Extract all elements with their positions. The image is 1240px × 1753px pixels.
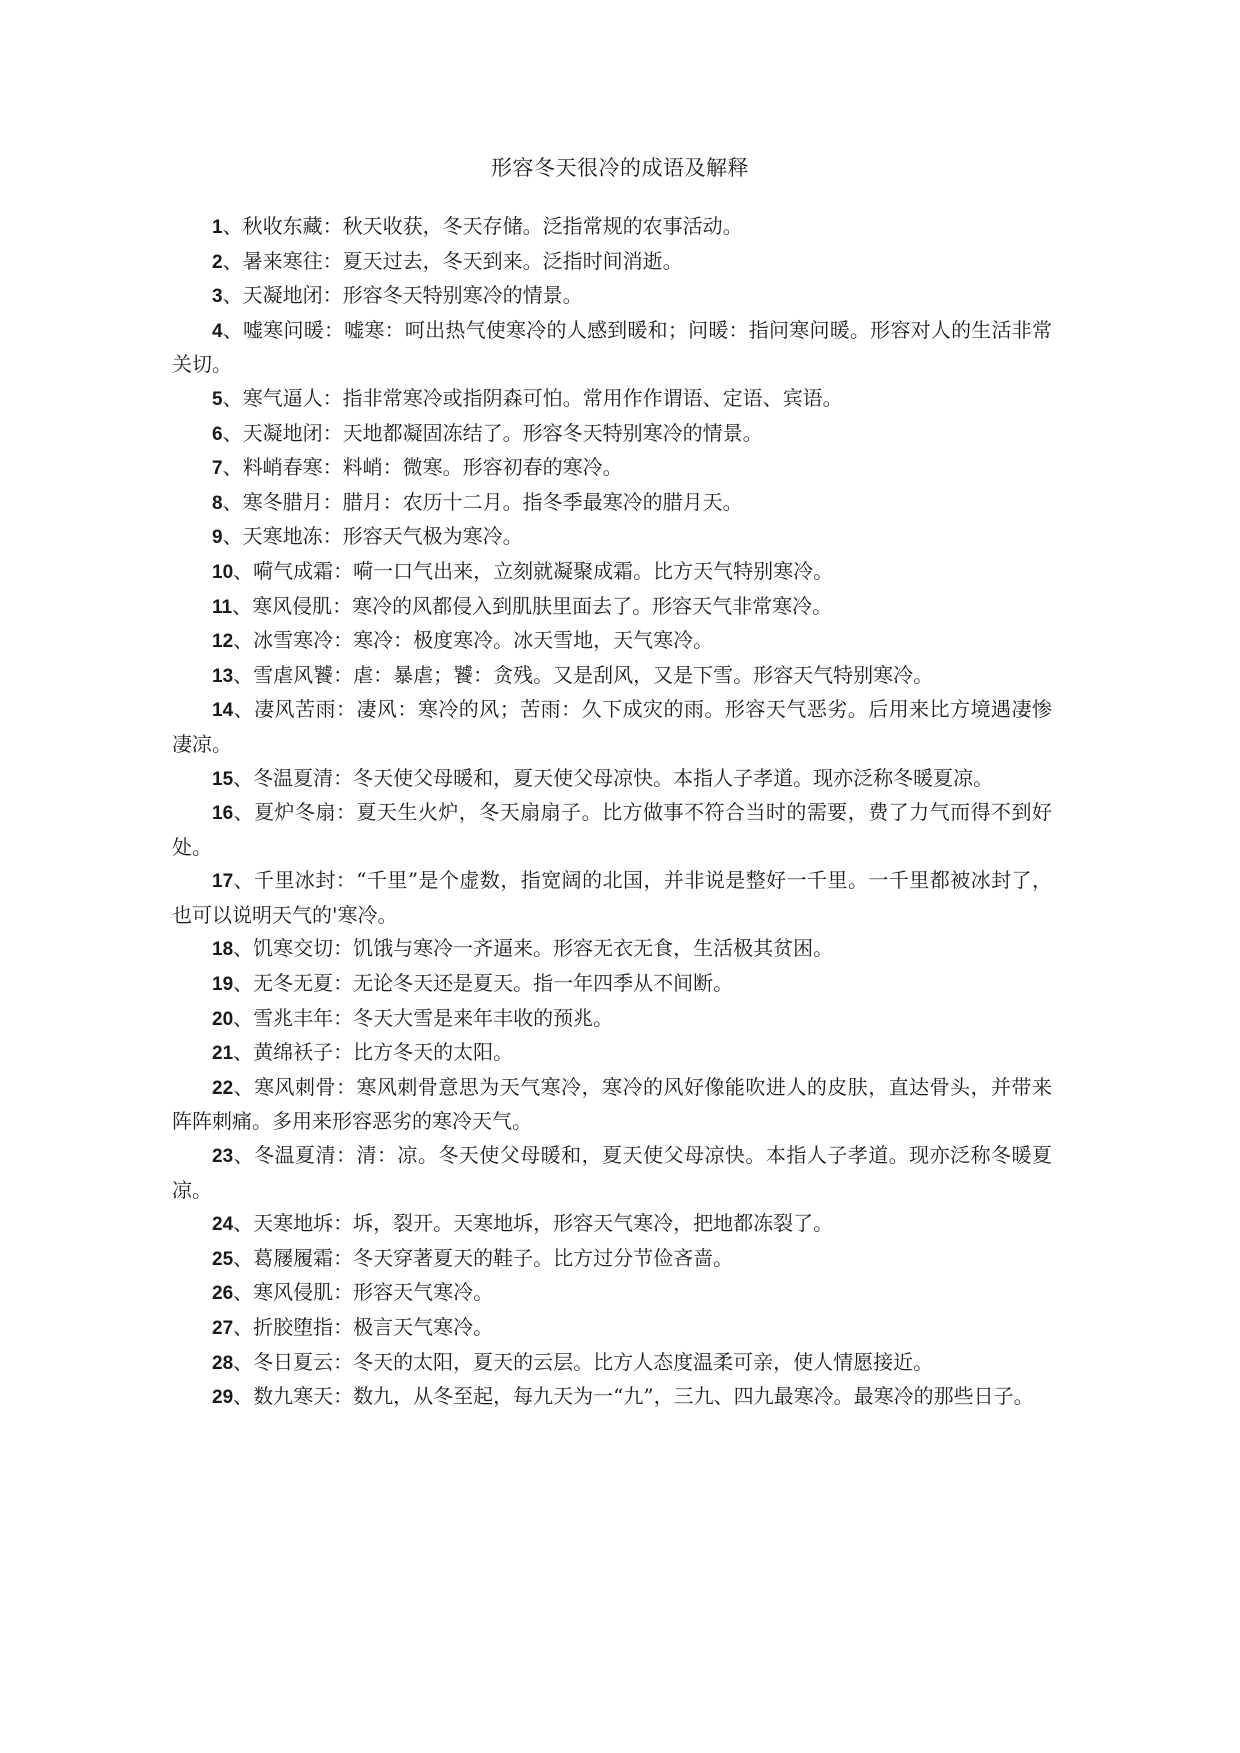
- list-item: 21、黄绵袄子：比方冬天的太阳。: [172, 1036, 1052, 1071]
- item-number: 17: [212, 871, 233, 892]
- list-item: 25、葛屦履霜：冬天穿著夏天的鞋子。比方过分节俭吝啬。: [172, 1242, 1052, 1277]
- item-text: 、冰雪寒冷：寒冷：极度寒冷。冰天雪地，天气寒冷。: [233, 628, 713, 652]
- list-item: 28、冬日夏云：冬天的太阳，夏天的云层。比方人态度温柔可亲，使人情愿接近。: [172, 1346, 1052, 1381]
- list-item: 3、天凝地闭：形容冬天特别寒冷的情景。: [172, 279, 1052, 314]
- list-item: 9、天寒地冻：形容天气极为寒冷。: [172, 520, 1052, 555]
- list-item: 19、无冬无夏：无论冬天还是夏天。指一年四季从不间断。: [172, 967, 1052, 1002]
- item-number: 21: [212, 1043, 233, 1064]
- list-item: 5、寒气逼人：指非常寒冷或指阴森可怕。常用作作谓语、定语、宾语。: [172, 382, 1052, 417]
- item-number: 12: [212, 631, 233, 652]
- item-number: 5: [212, 389, 223, 410]
- item-text: 、天凝地闭：形容冬天特别寒冷的情景。: [223, 283, 583, 307]
- list-item: 13、雪虐风饕：虐：暴虐；饕：贪残。又是刮风，又是下雪。形容天气特别寒冷。: [172, 659, 1052, 694]
- item-text: 、折胶堕指：极言天气寒冷。: [233, 1315, 493, 1339]
- list-item: 16、夏炉冬扇：夏天生火炉，冬天扇扇子。比方做事不符合当时的需要，费了力气而得不…: [172, 796, 1052, 864]
- item-text: 、饥寒交切：饥饿与寒冷一齐逼来。形容无衣无食，生活极其贫困。: [233, 936, 833, 960]
- list-item: 24、天寒地坼：坼，裂开。天寒地坼，形容天气寒冷，把地都冻裂了。: [172, 1207, 1052, 1242]
- item-text: 、寒冬腊月：腊月：农历十二月。指冬季最寒冷的腊月天。: [223, 490, 743, 514]
- list-item: 18、饥寒交切：饥饿与寒冷一齐逼来。形容无衣无食，生活极其贫困。: [172, 932, 1052, 967]
- item-number: 14: [212, 700, 233, 721]
- item-text: 、暑来寒往：夏天过去，冬天到来。泛指时间消逝。: [223, 249, 683, 273]
- list-item: 11、寒风侵肌：寒冷的风都侵入到肌肤里面去了。形容天气非常寒冷。: [172, 590, 1052, 625]
- item-number: 9: [212, 527, 223, 548]
- item-text: 、秋收东藏：秋天收获，冬天存储。泛指常规的农事活动。: [223, 214, 743, 238]
- document-page: 形容冬天很冷的成语及解释 1、秋收东藏：秋天收获，冬天存储。泛指常规的农事活动。…: [0, 0, 1240, 1753]
- item-number: 4: [212, 321, 223, 342]
- item-number: 11: [212, 597, 232, 618]
- idiom-list: 1、秋收东藏：秋天收获，冬天存储。泛指常规的农事活动。 2、暑来寒往：夏天过去，…: [172, 210, 1052, 1415]
- list-item: 22、寒风刺骨：寒风刺骨意思为天气寒冷，寒冷的风好像能吹进人的皮肤，直达骨头，并…: [172, 1071, 1052, 1139]
- list-item: 29、数九寒天：数九，从冬至起，每九天为一“九”，三九、四九最寒冷。最寒冷的那些…: [172, 1380, 1052, 1415]
- list-item: 23、冬温夏清：清：凉。冬天使父母暖和，夏天使父母凉快。本指人子孝道。现亦泛称冬…: [172, 1139, 1052, 1207]
- list-item: 1、秋收东藏：秋天收获，冬天存储。泛指常规的农事活动。: [172, 210, 1052, 245]
- item-number: 6: [212, 424, 223, 445]
- item-number: 10: [212, 562, 233, 583]
- item-number: 26: [212, 1283, 233, 1304]
- item-number: 2: [212, 252, 223, 273]
- item-number: 8: [212, 493, 223, 514]
- list-item: 27、折胶堕指：极言天气寒冷。: [172, 1311, 1052, 1346]
- list-item: 2、暑来寒往：夏天过去，冬天到来。泛指时间消逝。: [172, 245, 1052, 280]
- list-item: 26、寒风侵肌：形容天气寒冷。: [172, 1276, 1052, 1311]
- item-number: 27: [212, 1318, 233, 1339]
- item-text: 、料峭春寒：料峭：微寒。形容初春的寒冷。: [223, 455, 623, 479]
- item-text: 、天凝地闭：天地都凝固冻结了。形容冬天特别寒冷的情景。: [223, 421, 763, 445]
- item-number: 3: [212, 286, 223, 307]
- item-text: 、冬温夏清：清：凉。冬天使父母暖和，夏天使父母凉快。本指人子孝道。现亦泛称冬暖夏…: [172, 1143, 1052, 1202]
- list-item: 4、嘘寒问暖：嘘寒：呵出热气使寒冷的人感到暖和；问暖：指问寒问暖。形容对人的生活…: [172, 314, 1052, 382]
- item-number: 16: [212, 803, 233, 824]
- item-number: 15: [212, 769, 233, 790]
- list-item: 20、雪兆丰年：冬天大雪是来年丰收的预兆。: [172, 1002, 1052, 1037]
- list-item: 14、凄风苦雨：凄风：寒冷的风；苦雨：久下成灾的雨。形容天气恶劣。后用来比方境遇…: [172, 693, 1052, 761]
- list-item: 10、嗬气成霜：嗬一口气出来，立刻就凝聚成霜。比方天气特别寒冷。: [172, 555, 1052, 590]
- list-item: 7、料峭春寒：料峭：微寒。形容初春的寒冷。: [172, 451, 1052, 486]
- item-number: 7: [212, 458, 223, 479]
- item-text: 、寒风刺骨：寒风刺骨意思为天气寒冷，寒冷的风好像能吹进人的皮肤，直达骨头，并带来…: [172, 1075, 1052, 1134]
- item-number: 18: [212, 939, 233, 960]
- document-title: 形容冬天很冷的成语及解释: [0, 153, 1240, 183]
- item-number: 19: [212, 974, 233, 995]
- item-text: 、黄绵袄子：比方冬天的太阳。: [233, 1040, 513, 1064]
- item-text: 、寒风侵肌：形容天气寒冷。: [233, 1280, 493, 1304]
- item-text: 、冬日夏云：冬天的太阳，夏天的云层。比方人态度温柔可亲，使人情愿接近。: [233, 1350, 933, 1374]
- item-text: 、无冬无夏：无论冬天还是夏天。指一年四季从不间断。: [233, 971, 733, 995]
- item-text: 、寒风侵肌：寒冷的风都侵入到肌肤里面去了。形容天气非常寒冷。: [232, 594, 832, 618]
- item-number: 20: [212, 1009, 233, 1030]
- item-number: 13: [212, 666, 233, 687]
- item-text: 、葛屦履霜：冬天穿著夏天的鞋子。比方过分节俭吝啬。: [233, 1246, 733, 1270]
- item-text: 、嘘寒问暖：嘘寒：呵出热气使寒冷的人感到暖和；问暖：指问寒问暖。形容对人的生活非…: [172, 318, 1052, 377]
- item-text: 、数九寒天：数九，从冬至起，每九天为一“九”，三九、四九最寒冷。最寒冷的那些日子…: [233, 1384, 1033, 1408]
- item-text: 、雪兆丰年：冬天大雪是来年丰收的预兆。: [233, 1006, 613, 1030]
- item-text: 、天寒地坼：坼，裂开。天寒地坼，形容天气寒冷，把地都冻裂了。: [233, 1211, 833, 1235]
- item-number: 25: [212, 1249, 233, 1270]
- item-number: 23: [212, 1146, 233, 1167]
- item-text: 、千里冰封：“千里”是个虚数，指宽阔的北国，并非说是整好一千里。一千里都被冰封了…: [172, 868, 1052, 927]
- item-number: 29: [212, 1387, 233, 1408]
- item-number: 1: [212, 217, 223, 238]
- list-item: 8、寒冬腊月：腊月：农历十二月。指冬季最寒冷的腊月天。: [172, 486, 1052, 521]
- item-text: 、天寒地冻：形容天气极为寒冷。: [223, 524, 523, 548]
- item-text: 、雪虐风饕：虐：暴虐；饕：贪残。又是刮风，又是下雪。形容天气特别寒冷。: [233, 663, 933, 687]
- list-item: 15、冬温夏清：冬天使父母暖和，夏天使父母凉快。本指人子孝道。现亦泛称冬暖夏凉。: [172, 762, 1052, 797]
- list-item: 17、千里冰封：“千里”是个虚数，指宽阔的北国，并非说是整好一千里。一千里都被冰…: [172, 864, 1052, 932]
- item-text: 、凄风苦雨：凄风：寒冷的风；苦雨：久下成灾的雨。形容天气恶劣。后用来比方境遇凄惨…: [172, 697, 1052, 756]
- list-item: 6、天凝地闭：天地都凝固冻结了。形容冬天特别寒冷的情景。: [172, 417, 1052, 452]
- item-text: 、夏炉冬扇：夏天生火炉，冬天扇扇子。比方做事不符合当时的需要，费了力气而得不到好…: [172, 800, 1052, 859]
- item-text: 、寒气逼人：指非常寒冷或指阴森可怕。常用作作谓语、定语、宾语。: [223, 386, 843, 410]
- item-number: 28: [212, 1353, 233, 1374]
- item-number: 22: [212, 1078, 233, 1099]
- item-text: 、嗬气成霜：嗬一口气出来，立刻就凝聚成霜。比方天气特别寒冷。: [233, 559, 833, 583]
- item-text: 、冬温夏清：冬天使父母暖和，夏天使父母凉快。本指人子孝道。现亦泛称冬暖夏凉。: [233, 766, 993, 790]
- list-item: 12、冰雪寒冷：寒冷：极度寒冷。冰天雪地，天气寒冷。: [172, 624, 1052, 659]
- item-number: 24: [212, 1214, 233, 1235]
